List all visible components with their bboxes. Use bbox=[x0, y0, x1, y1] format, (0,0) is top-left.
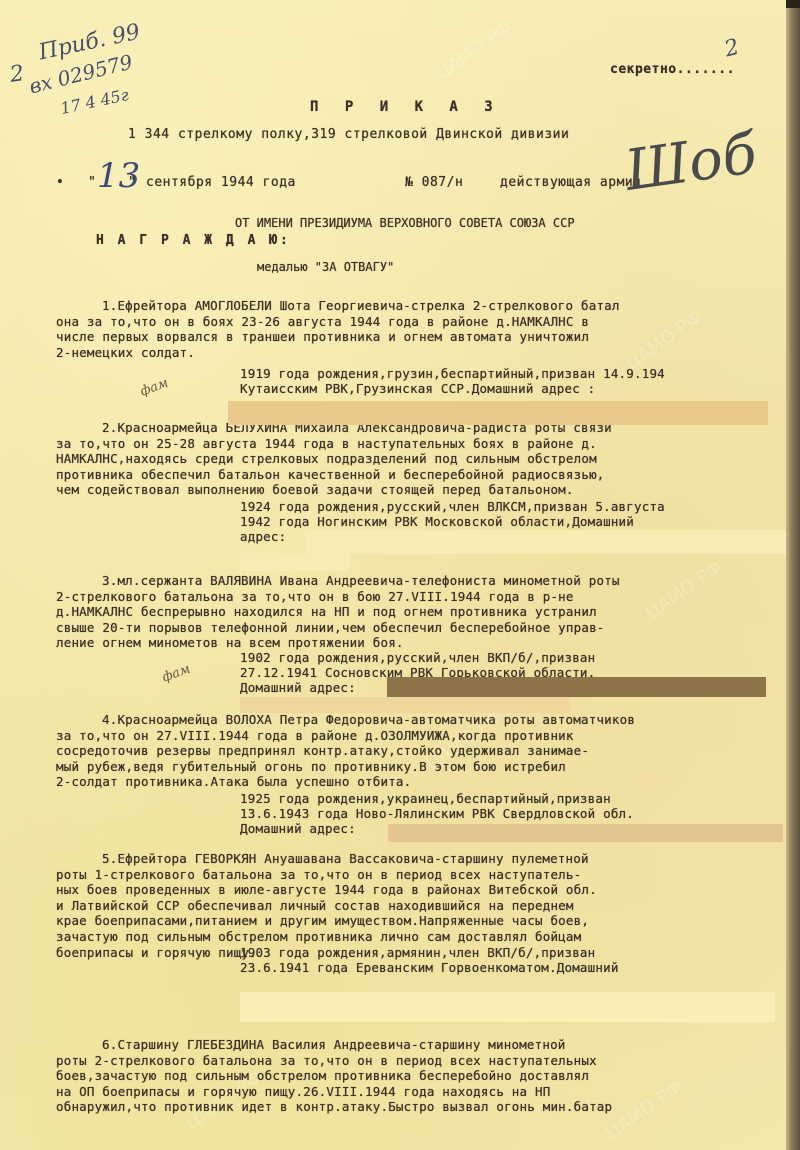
entry-1-line: 2-немецких солдат. bbox=[56, 345, 195, 360]
entry-2-line: за то,что он 25-28 августа 1944 года в н… bbox=[56, 436, 597, 451]
entry-6-line: роты 2-стрелкового батальона за то,что о… bbox=[56, 1053, 597, 1068]
handwritten-note-date: 17 4 45г bbox=[59, 85, 131, 118]
date-bullet: • bbox=[56, 175, 64, 190]
watermark: ЦАМО РФ bbox=[642, 557, 726, 625]
date-quote-open: " bbox=[88, 175, 96, 190]
entry-6-line: 6.Старшину ГЛЕБЕЗДИНА Василия Андреевича… bbox=[102, 1037, 566, 1052]
date-line: сентября 1944 года bbox=[146, 175, 296, 190]
entry-4-line: 4.Красноармейца ВОЛОХА Петра Федоровича-… bbox=[102, 712, 635, 727]
watermark: ЦАМО РФ bbox=[602, 1077, 686, 1145]
watermark: ЦАМО РФ bbox=[432, 17, 516, 85]
signature: Шоб bbox=[621, 121, 761, 204]
entry-5-bio-line: 23.6.1941 года Ереванским Горвоенкоматом… bbox=[240, 960, 619, 975]
handwritten-note-number: 2 bbox=[8, 61, 25, 88]
entry-1-line: она за то,что он в боях 23-26 августа 19… bbox=[56, 314, 589, 329]
entry-6-line: на ОП боеприпасы и горячую пищу.26.VIII.… bbox=[56, 1084, 550, 1099]
entry-5-line: крае боеприпасами,питанием и другим имущ… bbox=[56, 913, 589, 928]
entry-5-line: и Латвийской ССР обеспечивал личный сост… bbox=[56, 898, 574, 913]
entry-4-line: сосредоточив резервы предпринял контр.ат… bbox=[56, 743, 589, 758]
handwritten-page-number: 2 bbox=[722, 35, 742, 63]
entry-6-line: боев,зачастую под сильным обстрелом прот… bbox=[56, 1068, 589, 1083]
entry-2-line: чем содействовал выполнению боевой задач… bbox=[56, 482, 574, 497]
document-title: П Р И К А З bbox=[310, 99, 502, 115]
entry-4-bio-line: 13.6.1943 года Ново-Лялинским РВК Свердл… bbox=[240, 806, 634, 821]
entry-2-bio-line: 1942 года Ногинским РВК Московской облас… bbox=[240, 514, 634, 529]
entry-5-line: 5.Ефрейтора ГЕВОРКЯН Ануашавана Вассаков… bbox=[102, 851, 589, 866]
document-subtitle: 1 344 стрелкому полку,319 стрелковой Дви… bbox=[128, 127, 569, 142]
entry-5-bio-line: 1903 года рождения,армянин,член ВКП/б/,п… bbox=[240, 945, 595, 960]
entry-1-bio-line: Кутаисским РВК,Грузинская ССР.Домашний а… bbox=[240, 381, 595, 396]
entry-2-bio-line: адрес: bbox=[240, 529, 286, 544]
redacted-address-2 bbox=[305, 530, 790, 554]
entry-4-line: за то,что он 27.VIII.1944 года в районе … bbox=[56, 728, 574, 743]
entry-2-line: противника обеспечил батальон качественн… bbox=[56, 467, 605, 482]
entry-4-line: 2-солдат противника.Атака была успешно о… bbox=[56, 774, 411, 789]
page-edge-shadow bbox=[786, 0, 800, 1150]
army-label: действующая армия bbox=[500, 175, 642, 190]
medal-name: медалью "ЗА ОТВАГУ" bbox=[257, 260, 394, 274]
entry-3-bio-line: 1902 года рождения,русский,член ВКП/б/,п… bbox=[240, 650, 595, 665]
entry-3-line: 2-стрелкового батальона за то,что он в б… bbox=[56, 589, 574, 604]
margin-note: фам bbox=[160, 662, 192, 686]
secrecy-stamp: секретно....... bbox=[610, 62, 735, 77]
entry-2-bio-line: 1924 года рождения,русский,член ВЛКСМ,пр… bbox=[240, 499, 665, 514]
entry-1-line: числе первых ворвался в траншеи противни… bbox=[56, 329, 589, 344]
entry-4-bio-line: 1925 года рождения,украинец,беспартийный… bbox=[240, 791, 611, 806]
entry-5-line: ных боев проведенных в июле-августе 1944… bbox=[56, 882, 597, 897]
margin-note: фам bbox=[138, 376, 170, 400]
entry-4-bio-line: Домашний адрес: bbox=[240, 821, 356, 836]
award-verb: Н А Г Р А Ж Д А Ю: bbox=[96, 233, 291, 248]
order-number: № 087/н bbox=[405, 175, 463, 190]
entry-2-line: НАМКАЛНС,находясь среди стрелковых подра… bbox=[56, 451, 597, 466]
entry-5-line: роты 1-стрелкового батальона за то,что о… bbox=[56, 867, 581, 882]
redacted-address-5 bbox=[240, 992, 775, 1022]
watermark: ЦАМО РФ bbox=[622, 307, 706, 375]
entry-3-line: свыше 20-ти порывов телефонной линии,чем… bbox=[56, 620, 605, 635]
document-page: ЦАМО РФ ЦАМО РФ ЦАМО РФ ЦАМО РФ ЦАМО РФ … bbox=[0, 0, 786, 1150]
entry-5-line: зачастую под сильным обстрелом противник… bbox=[56, 929, 581, 944]
entry-6-line: обнаружил,что противник идет в контр.ата… bbox=[56, 1099, 612, 1114]
entry-1-bio-line: 1919 года рождения,грузин,беспартийный,п… bbox=[240, 366, 665, 381]
redacted-address-4 bbox=[388, 824, 783, 842]
entry-4-line: мый рубеж,ведя губительный огонь по прот… bbox=[56, 759, 566, 774]
redacted-address-3b bbox=[240, 697, 570, 713]
date-quote-close: " bbox=[128, 175, 136, 190]
entry-3-line: д.НАМКАЛНС беспрерывно находился на НП и… bbox=[56, 604, 597, 619]
entry-1-line: 1.Ефрейтора АМОГЛОБЕЛИ Шота Георгиевича-… bbox=[102, 298, 620, 313]
page-corner bbox=[786, 0, 800, 8]
entry-3-bio-line: Домашний адрес: bbox=[240, 680, 356, 695]
redacted-address-3 bbox=[387, 677, 766, 697]
entry-3-line: ление огнем минометов на всем протяжении… bbox=[56, 635, 404, 650]
entry-5-line: боеприпасы и горячую пищу. bbox=[56, 945, 257, 960]
redacted-address-1 bbox=[228, 401, 768, 425]
issuing-authority: ОТ ИМЕНИ ПРЕЗИДИУМА ВЕРХОВНОГО СОВЕТА СО… bbox=[235, 216, 575, 230]
redacted-address-2b bbox=[240, 553, 350, 571]
entry-3-line: 3.мл.сержанта ВАЛЯВИНА Ивана Андреевича-… bbox=[102, 573, 620, 588]
